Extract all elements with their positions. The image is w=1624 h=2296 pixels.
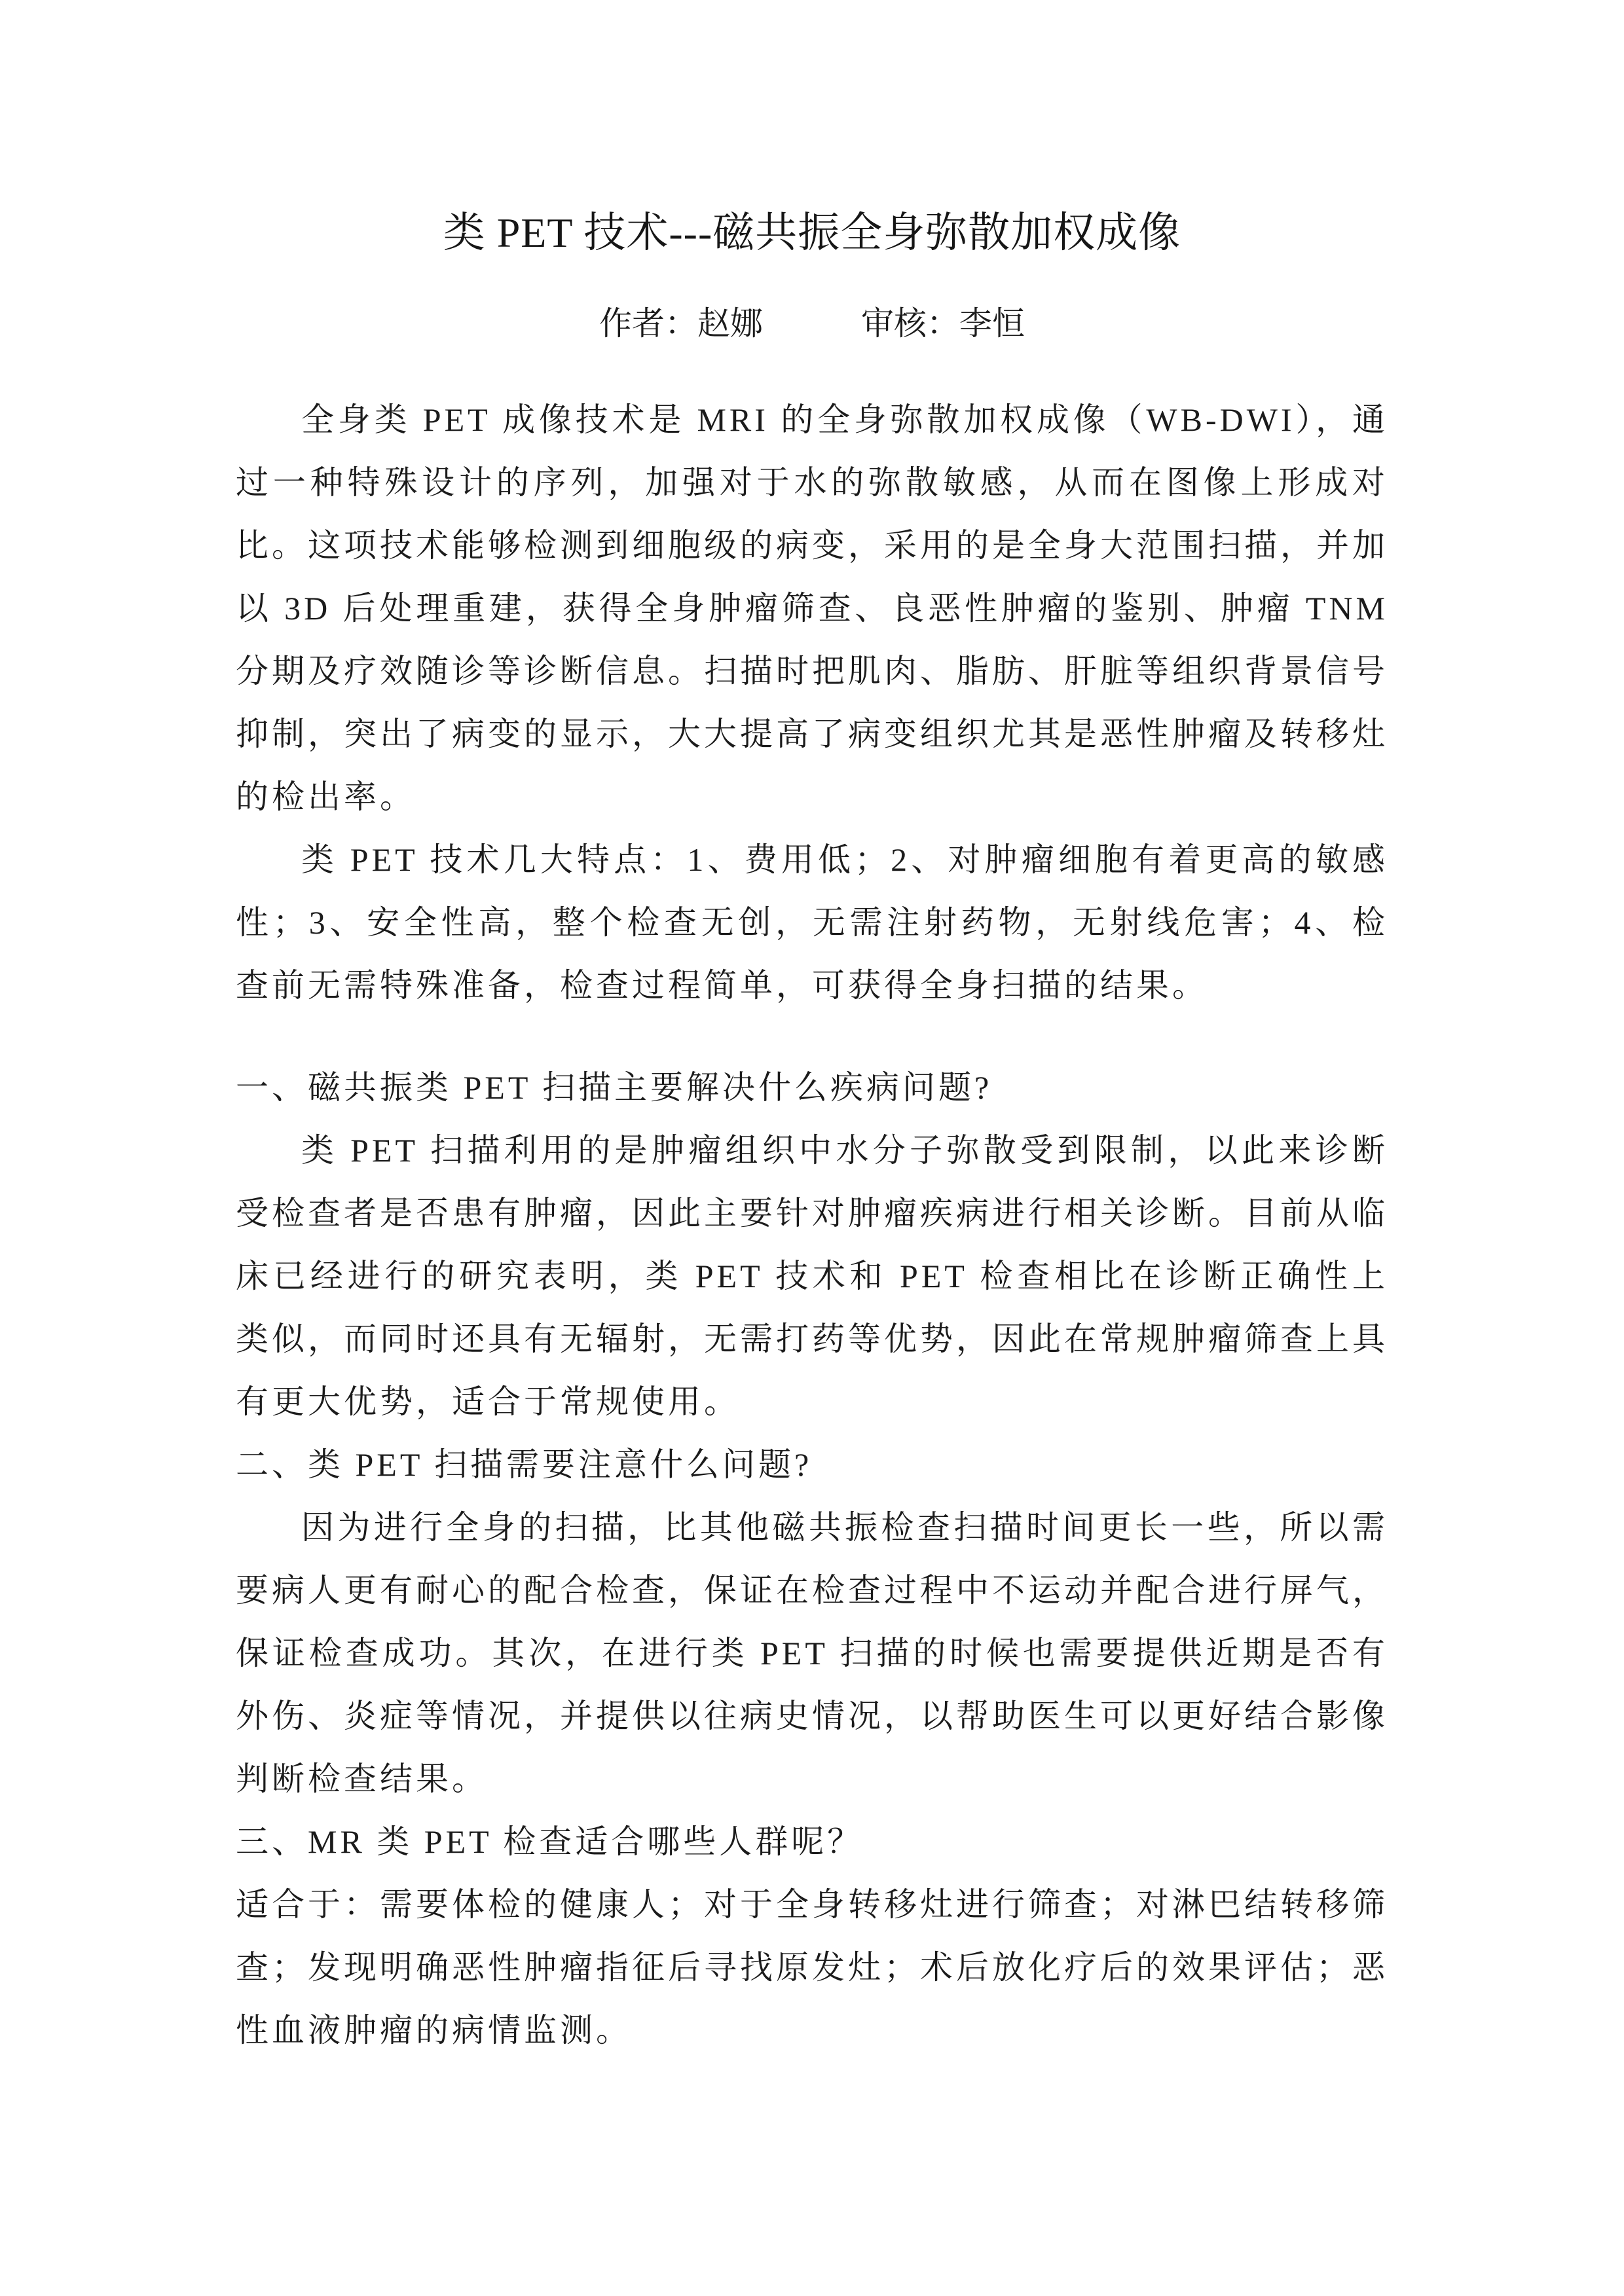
body-paragraph: 因为进行全身的扫描，比其他磁共振检查扫描时间更长一些，所以需要病人更有耐心的配合… [236,1496,1388,1810]
body-paragraph: 全身类 PET 成像技术是 MRI 的全身弥散加权成像（WB-DWI），通过一种… [236,388,1388,828]
body-paragraph: 类 PET 扫描利用的是肿瘤组织中水分子弥散受到限制，以此来诊断受检查者是否患有… [236,1119,1388,1433]
author-field: 作者：赵娜 [599,305,763,342]
document-byline: 作者：赵娜审核：李恒 [236,306,1388,340]
body-paragraph: 类 PET 技术几大特点：1、费用低；2、对肿瘤细胞有着更高的敏感性；3、安全性… [236,828,1388,1017]
reviewer-field: 审核：李恒 [861,305,1025,342]
section-heading: 一、磁共振类 PET 扫描主要解决什么疾病问题? [236,1056,1388,1119]
body-paragraph: 适合于：需要体检的健康人；对于全身转移灶进行筛查；对淋巴结转移筛查；发现明确恶性… [236,1873,1388,2062]
document-body: 全身类 PET 成像技术是 MRI 的全身弥散加权成像（WB-DWI），通过一种… [236,388,1388,2062]
document-title: 类 PET 技术---磁共振全身弥散加权成像 [236,210,1388,257]
section-heading: 三、MR 类 PET 检查适合哪些人群呢？ [236,1810,1388,1873]
section-heading: 二、类 PET 扫描需要注意什么问题? [236,1433,1388,1496]
document-page: 类 PET 技术---磁共振全身弥散加权成像 作者：赵娜审核：李恒 全身类 PE… [0,0,1624,2296]
